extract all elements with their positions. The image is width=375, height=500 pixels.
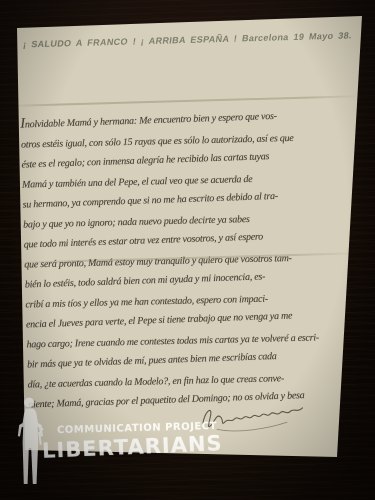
photo-scene: ¡ SALUDO A FRANCO ! ¡ ARRIBA ESPAÑA ! Ba… bbox=[0, 0, 375, 500]
letter-header-slogan-date: ¡ SALUDO A FRANCO ! ¡ ARRIBA ESPAÑA ! Ba… bbox=[22, 30, 357, 49]
paper-content: ¡ SALUDO A FRANCO ! ¡ ARRIBA ESPAÑA ! Ba… bbox=[0, 0, 375, 500]
signature-scribble bbox=[196, 397, 315, 436]
letter-body: Inolvidable Mamá y hermana: Me encuentro… bbox=[20, 106, 354, 416]
letter-paper: ¡ SALUDO A FRANCO ! ¡ ARRIBA ESPAÑA ! Ba… bbox=[0, 0, 375, 500]
